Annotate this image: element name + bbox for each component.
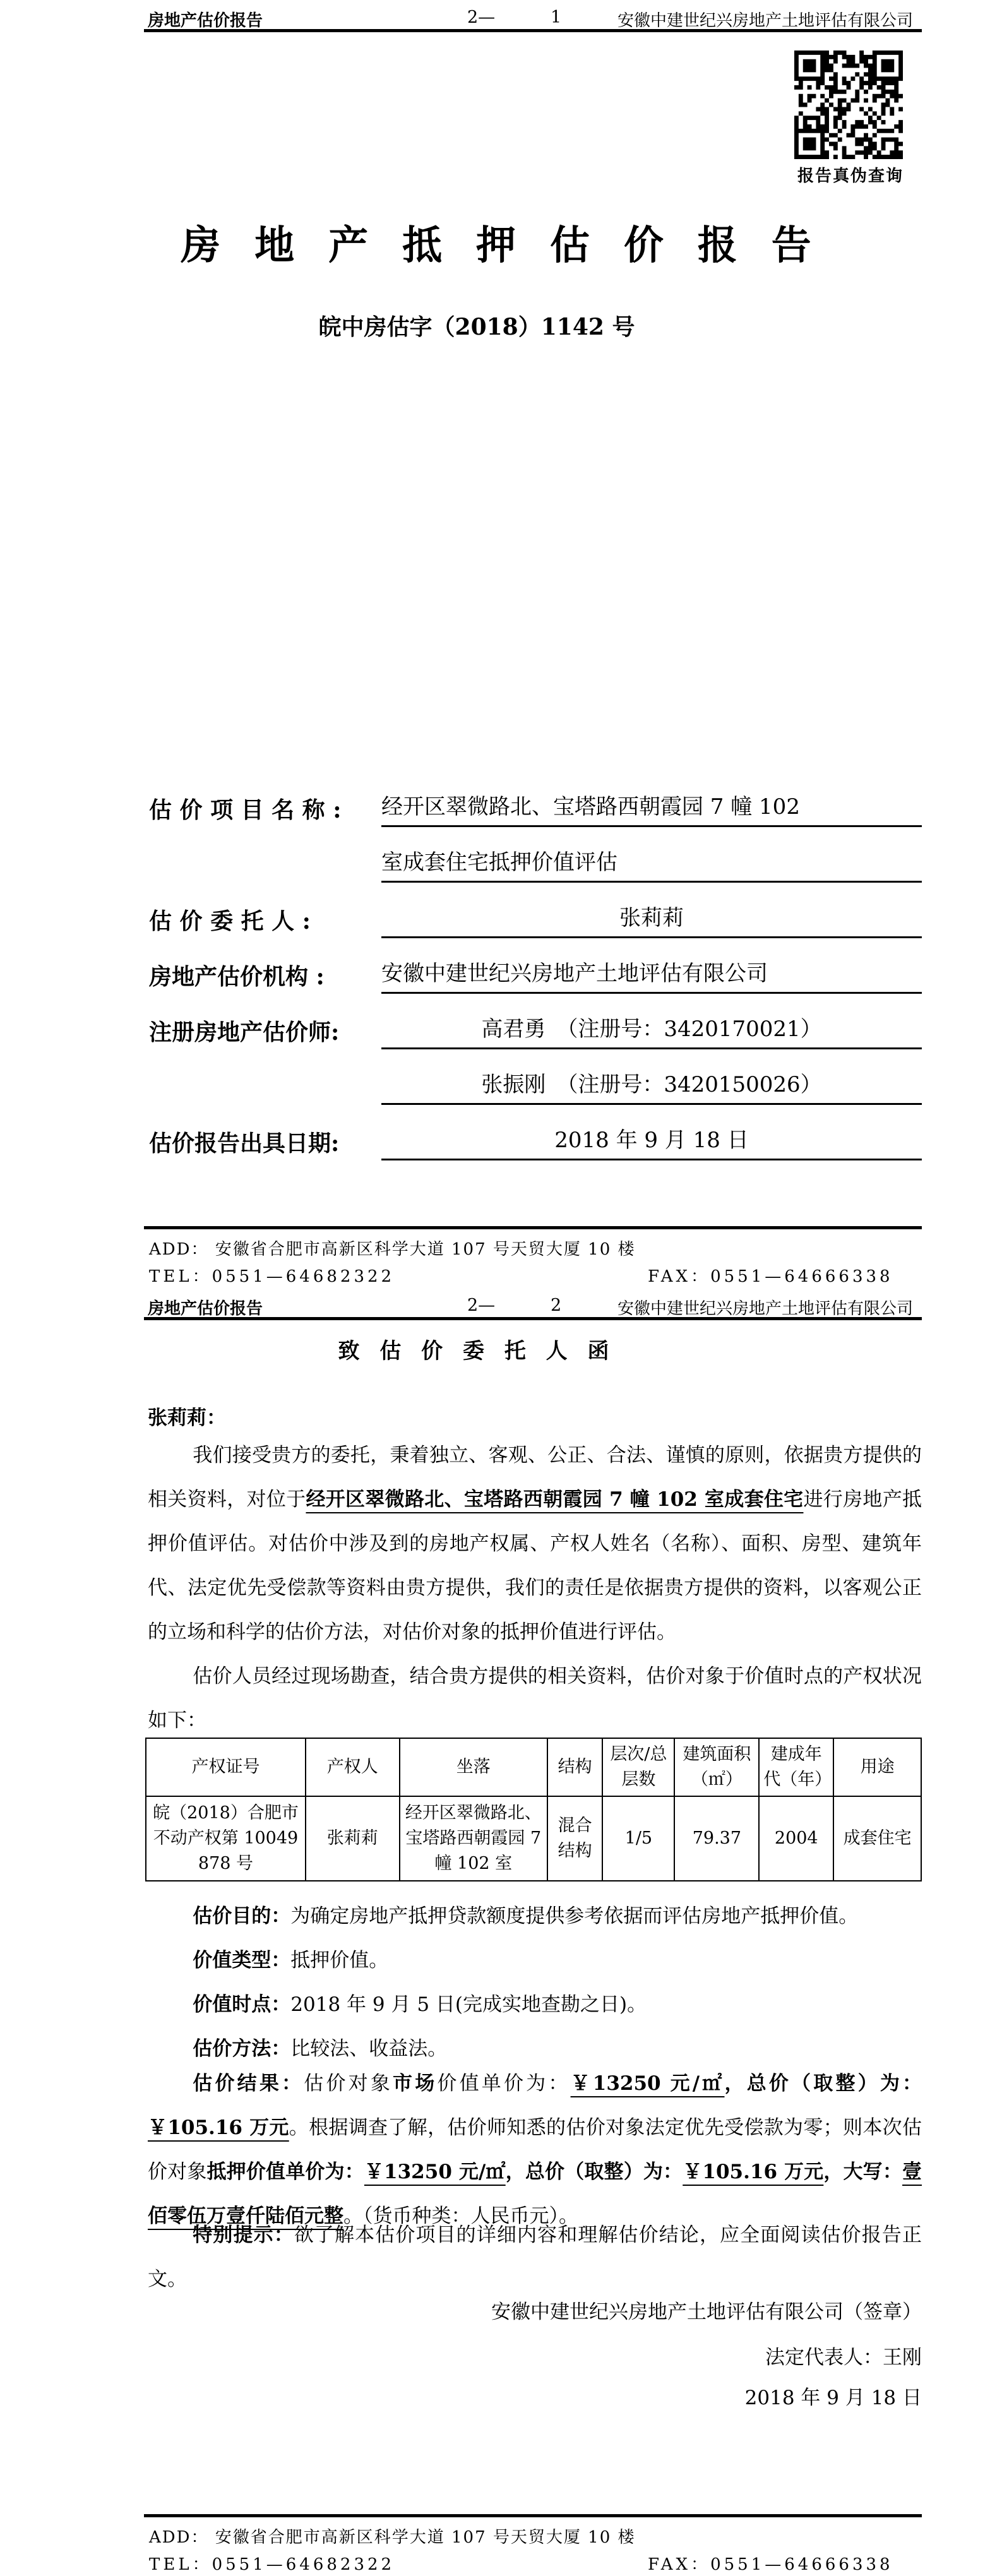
value-type-label: 价值类型：: [193, 1949, 290, 1972]
footer-fax: FAX：0551—64666338: [648, 1263, 893, 1287]
field-appraiser2-value: 张振刚 （注册号：3420150026）: [381, 1067, 922, 1105]
col-location: 坐落: [400, 1738, 548, 1796]
footer-tel: TEL：0551—64682322: [149, 1263, 395, 1287]
cover-page: 房地产估价报告 2— 1 安徽中建世纪兴房地产土地评估有限公司 报告真伪查询 房…: [0, 0, 1002, 1288]
p1-rest: 进行房地产抵押价值评估。对估价中涉及到的房地产权属、产权人姓名（名称）、面积、房…: [148, 1488, 922, 1643]
notice-label: 特别提示：: [193, 2224, 294, 2246]
appraisal-purpose-line: 估价目的：为确定房地产抵押贷款额度提供参考依据而评估房地产抵押价值。: [148, 1894, 922, 1938]
value-type-text: 抵押价值。: [290, 1949, 388, 1972]
special-notice-paragraph: 特别提示：欲了解本估价项目的详细内容和理解估价结论，应全面阅读估价报告正文。: [148, 2213, 922, 2301]
value-date-text: 2018 年 9 月 5 日(完成实地查勘之日)。: [290, 1993, 647, 2016]
field-appraiser-1: 注册房地产估价师: 高君勇 （注册号：3420170021）: [149, 1011, 922, 1049]
field-project-name: 估 价 项 目 名 称 : 经开区翠微路北、宝塔路西朝霞园 7 幢 102: [149, 789, 922, 827]
p2-text: 估价人员经过现场勘查，结合贵方提供的相关资料，估价对象于价值时点的产权状况如下：: [148, 1665, 922, 1732]
header-doc-name: 房地产估价报告: [148, 8, 263, 31]
field-project-value-line2: 室成套住宅抵押价值评估: [381, 845, 922, 883]
field-appraiser-label: 注册房地产估价师:: [149, 1015, 381, 1049]
cell-cert-number: 皖（2018）合肥市不动产权第 10049878 号: [146, 1796, 306, 1881]
result-label: 估价结果：: [193, 2072, 304, 2095]
field-project-label: 估 价 项 目 名 称 :: [149, 792, 381, 827]
value-date-label: 价值时点：: [193, 1993, 290, 2016]
cell-structure: 混合结构: [547, 1796, 602, 1881]
result-mortgage-unit-words: 抵押价值单价为：: [207, 2161, 364, 2183]
result-total-words: ，总价（取整）为：: [725, 2072, 922, 2095]
header-pages-prefix: 2—: [467, 8, 495, 27]
value-type-line: 价值类型：抵押价值。: [148, 1938, 922, 1983]
field-appraiser1-value: 高君勇 （注册号：3420170021）: [381, 1011, 922, 1049]
p1-property-name: 经开区翠微路北、宝塔路西朝霞园 7 幢 102 室成套住宅: [306, 1488, 803, 1511]
result-mortgage-total-words: ，总价（取整）为：: [506, 2161, 683, 2183]
header-rule: [144, 1317, 922, 1320]
table-header-row: 产权证号 产权人 坐落 结构 层次/总层数 建筑面积（㎡） 建成年代（年） 用途: [146, 1738, 921, 1796]
result-market-total-price: ￥105.16 万元: [148, 2116, 289, 2139]
result-object: 估价对象: [304, 2072, 393, 2095]
table-row: 皖（2018）合肥市不动产权第 10049878 号 张莉莉 经开区翠微路北、宝…: [146, 1796, 921, 1881]
field-date-label: 估价报告出具日期:: [149, 1126, 381, 1160]
header-company: 安徽中建世纪兴房地产土地评估有限公司: [617, 1296, 913, 1319]
result-unit-price-words: 价值单价为：: [437, 2072, 570, 2095]
header-page-number: 2: [551, 1296, 561, 1315]
result-market-unit-price: ￥13250 元/㎡: [571, 2072, 725, 2095]
letter-page: 房地产估价报告 2— 2 安徽中建世纪兴房地产土地评估有限公司 致 估 价 委 …: [0, 1288, 1002, 2576]
col-owner: 产权人: [306, 1738, 400, 1796]
report-number: 皖中房估字（2018）1142 号: [0, 309, 953, 342]
letter-salutation: 张莉莉：: [148, 1402, 226, 1430]
header-rule: [144, 29, 922, 32]
header-pages-prefix: 2—: [467, 1296, 495, 1315]
qr-caption: 报告真伪查询: [790, 163, 910, 186]
field-project-name-line2: 室成套住宅抵押价值评估: [149, 845, 922, 883]
field-report-date: 估价报告出具日期: 2018 年 9 月 18 日: [149, 1123, 922, 1160]
method-label: 估价方法：: [193, 2037, 290, 2060]
field-appraiser-2: 张振刚 （注册号：3420150026）: [149, 1067, 922, 1105]
cell-use: 成套住宅: [833, 1796, 921, 1881]
field-project-label-spacer: [149, 880, 381, 883]
cell-year-built: 2004: [759, 1796, 833, 1881]
signature-legal-representative: 法定代表人：王刚: [145, 2341, 1002, 2370]
header-company: 安徽中建世纪兴房地产土地评估有限公司: [617, 8, 913, 31]
signature-date: 2018 年 9 月 18 日: [145, 2382, 1002, 2410]
col-year-built: 建成年代（年）: [759, 1738, 833, 1796]
letter-paragraph-2: 估价人员经过现场勘查，结合贵方提供的相关资料，估价对象于价值时点的产权状况如下：: [148, 1654, 922, 1743]
letter-paragraph-1: 我们接受贵方的委托，秉着独立、客观、公正、合法、谨慎的原则，依据贵方提供的相关资…: [148, 1433, 922, 1654]
field-agency-label: 房地产估价机构 :: [149, 959, 381, 994]
col-use: 用途: [833, 1738, 921, 1796]
footer-tel: TEL：0551—64682322: [149, 2551, 395, 2575]
purpose-text: 为确定房地产抵押贷款额度提供参考依据而评估房地产抵押价值。: [290, 1905, 858, 1928]
field-project-value-line1: 经开区翠微路北、宝塔路西朝霞园 7 幢 102: [381, 789, 922, 827]
field-agency: 房地产估价机构 : 安徽中建世纪兴房地产土地评估有限公司: [149, 956, 922, 994]
col-cert-number: 产权证号: [146, 1738, 306, 1796]
field-client: 估 价 委 托 人 : 张莉莉: [149, 900, 922, 938]
footer-rule: [144, 1226, 922, 1229]
field-appraiser2-spacer: [149, 1102, 381, 1105]
footer-rule: [144, 2514, 922, 2517]
result-mortgage-total-price: ￥105.16 万元: [683, 2161, 823, 2183]
header-page-number: 1: [551, 8, 561, 27]
signature-company: 安徽中建世纪兴房地产土地评估有限公司（签章）: [145, 2296, 944, 2324]
header-doc-name: 房地产估价报告: [148, 1296, 263, 1319]
footer-address: ADD： 安徽省合肥市高新区科学大道 107 号天贸大厦 10 楼: [149, 1236, 636, 1260]
footer-fax: FAX：0551—64666338: [648, 2551, 893, 2575]
purpose-label: 估价目的：: [193, 1905, 290, 1928]
col-floor: 层次/总层数: [602, 1738, 674, 1796]
field-client-label: 估 价 委 托 人 :: [149, 903, 381, 938]
col-structure: 结构: [547, 1738, 602, 1796]
result-capital-words: ，大写：: [823, 2161, 902, 2183]
result-mortgage-unit-price: ￥13250 元/㎡: [364, 2161, 506, 2183]
cover-fields: 估 价 项 目 名 称 : 经开区翠微路北、宝塔路西朝霞园 7 幢 102 室成…: [149, 789, 922, 1178]
field-date-value: 2018 年 9 月 18 日: [381, 1123, 922, 1160]
cell-area: 79.37: [674, 1796, 759, 1881]
cell-location: 经开区翠微路北、宝塔路西朝霞园 7幢 102 室: [400, 1796, 548, 1881]
letter-title: 致 估 价 委 托 人 函: [0, 1333, 953, 1364]
field-client-value: 张莉莉: [381, 900, 922, 938]
method-text: 比较法、收益法。: [290, 2037, 447, 2060]
result-market-word: 市场: [393, 2072, 437, 2095]
col-area: 建筑面积（㎡）: [674, 1738, 759, 1796]
report-title: 房 地 产 抵 押 估 价 报 告: [0, 213, 1002, 271]
property-rights-table: 产权证号 产权人 坐落 结构 层次/总层数 建筑面积（㎡） 建成年代（年） 用途…: [145, 1738, 922, 1881]
cell-owner: 张莉莉: [306, 1796, 400, 1881]
value-date-line: 价值时点：2018 年 9 月 5 日(完成实地查勘之日)。: [148, 1983, 922, 2027]
footer-address: ADD： 安徽省合肥市高新区科学大道 107 号天贸大厦 10 楼: [149, 2524, 636, 2548]
result-paragraph: 估价结果：估价对象市场价值单价为：￥13250 元/㎡，总价（取整）为：￥105…: [148, 2061, 922, 2238]
cell-floor: 1/5: [602, 1796, 674, 1881]
field-agency-value: 安徽中建世纪兴房地产土地评估有限公司: [381, 956, 922, 994]
report-verification-qr-code: [794, 51, 903, 159]
